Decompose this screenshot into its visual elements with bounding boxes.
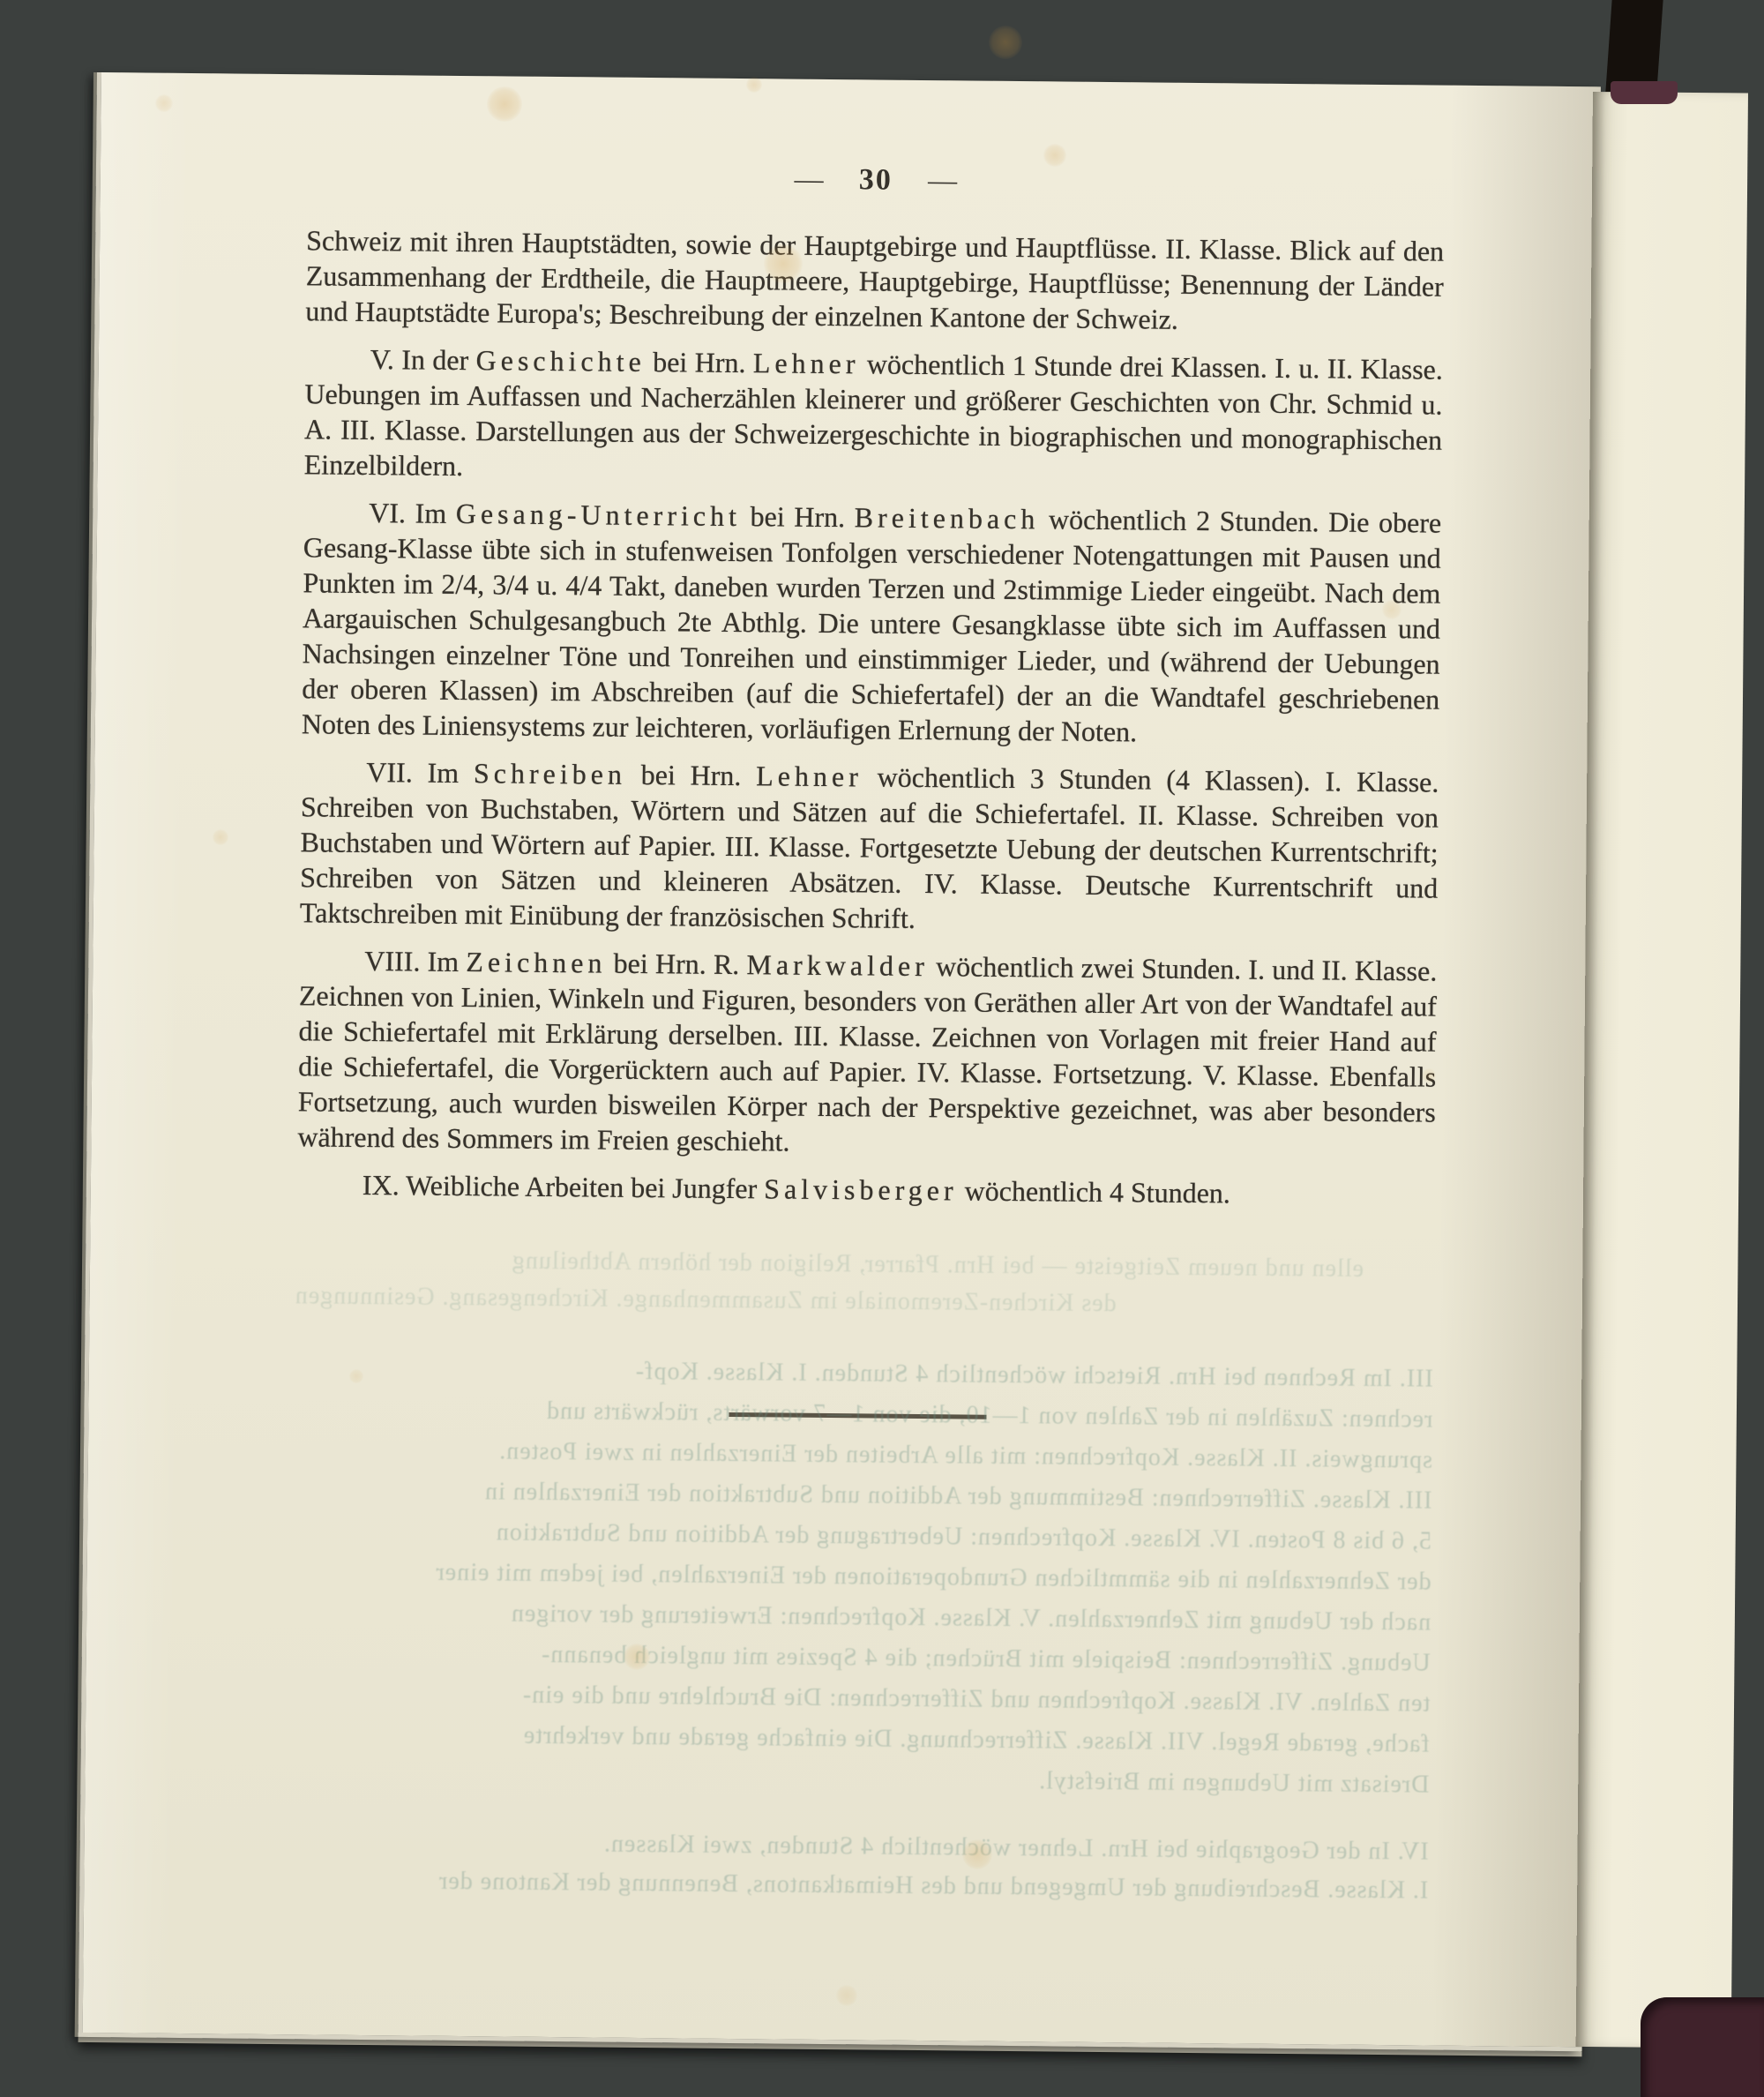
text-run: VIII. Im: [364, 945, 466, 977]
paragraph: VII. Im Schreiben bei Hrn. Lehner wöchen…: [300, 753, 1439, 940]
page-text: Schweiz mit ihren Hauptstädten, sowie de…: [297, 222, 1445, 1224]
text-run: wöchentlich 2 Stunden. Die obere Gesang-…: [302, 503, 1442, 747]
showthrough-line: der Zehnerzahlen in die sämmtlichen Grun…: [294, 1556, 1431, 1597]
paragraph: IX. Weibliche Arbeiten bei Jungfer Salvi…: [297, 1166, 1435, 1212]
showthrough-line: I. Klasse. Beschreibung der Umgegend und…: [290, 1865, 1428, 1906]
text-run: wöchentlich 4 Stunden.: [957, 1174, 1230, 1209]
text-run: Schweiz mit ihren Hauptstädten, sowie de…: [305, 224, 1444, 334]
next-page-fore-edge: [1576, 92, 1748, 2048]
showthrough-line: sprungweis. II. Klasse. Kopfrechnen: mit…: [295, 1434, 1432, 1475]
showthrough-line: nach der Uebung mit Zehnerzahlen. V. Kla…: [293, 1597, 1431, 1637]
text-run: V. In der: [370, 343, 476, 376]
page-number-header: — 30 —: [307, 157, 1445, 203]
showthrough-line: IV. In der Geographie bei Hrn. Lehner wö…: [362, 1827, 1429, 1868]
paragraph: VIII. Im Zeichnen bei Hrn. R. Markwalder…: [297, 942, 1437, 1165]
book-cover-corner: [1641, 1997, 1764, 2097]
foxing-stain: [989, 26, 1022, 59]
paragraph: V. In der Geschichte bei Hrn. Lehner wöc…: [304, 341, 1443, 492]
letterspaced-name: Schreiben: [474, 757, 626, 790]
letterspaced-name: Gesang-Unterricht: [456, 498, 741, 532]
letterspaced-name: Lehner: [756, 760, 863, 792]
paragraph: Schweiz mit ihren Hauptstädten, sowie de…: [305, 222, 1444, 339]
letterspaced-name: Salvisberger: [764, 1172, 958, 1206]
showthrough-line: Uebung. Zifferrechnen: Beispiele mit Brü…: [293, 1637, 1431, 1678]
letterspaced-name: Markwalder: [746, 948, 929, 982]
showthrough-line: 5, 6 bis 8 Posten. IV. Klasse. Kopfrechn…: [294, 1516, 1431, 1556]
page-number: 30: [859, 163, 893, 196]
header-dash-right: —: [928, 165, 957, 197]
showthrough-line: ellen und neuem Zeitgeiste — bei Hrn. Pf…: [349, 1245, 1364, 1284]
letterspaced-name: Lehner: [753, 347, 860, 379]
book-page: — 30 — Schweiz mit ihren Hauptstädten, s…: [78, 72, 1601, 2051]
letterspaced-name: Breitenbach: [855, 501, 1040, 535]
showthrough-line: des Kirchen-Zeremoniale im Zusammenhange…: [296, 1281, 1117, 1319]
text-run: bei Hrn.: [741, 500, 855, 533]
scan-background: — 30 — Schweiz mit ihren Hauptstädten, s…: [0, 0, 1764, 2097]
showthrough-line: Dreisatz mit Uebungen im Briefstyl.: [961, 1766, 1429, 1801]
section-divider-rule: [729, 1412, 986, 1419]
showthrough-line: III. Im Rechnen bei Hrn. Rietschi wöchen…: [366, 1354, 1433, 1395]
showthrough-line: III. Klasse. Zifferrechnen: Bestimmung d…: [294, 1475, 1431, 1516]
text-run: bei Hrn.: [626, 759, 757, 791]
bookmark-tip: [1611, 81, 1678, 104]
text-run: IX. Weibliche Arbeiten bei Jungfer: [363, 1169, 765, 1204]
showthrough-line: ten Zahlen. VI. Klasse. Kopfrechnen und …: [292, 1678, 1430, 1719]
paragraph: VI. Im Gesang-Unterricht bei Hrn. Breite…: [302, 494, 1442, 752]
showthrough-line: fache, gerade Regel. VII. Klasse. Ziffer…: [292, 1719, 1430, 1759]
text-run: VI. Im: [369, 497, 456, 529]
header-dash-left: —: [794, 164, 823, 196]
text-run: bei Hrn. R.: [606, 947, 746, 981]
text-run: VII. Im: [366, 756, 474, 789]
bookmark-ribbon: [1605, 0, 1663, 92]
letterspaced-name: Geschichte: [475, 344, 645, 378]
letterspaced-name: Zeichnen: [466, 946, 606, 979]
text-run: bei Hrn.: [646, 346, 753, 378]
